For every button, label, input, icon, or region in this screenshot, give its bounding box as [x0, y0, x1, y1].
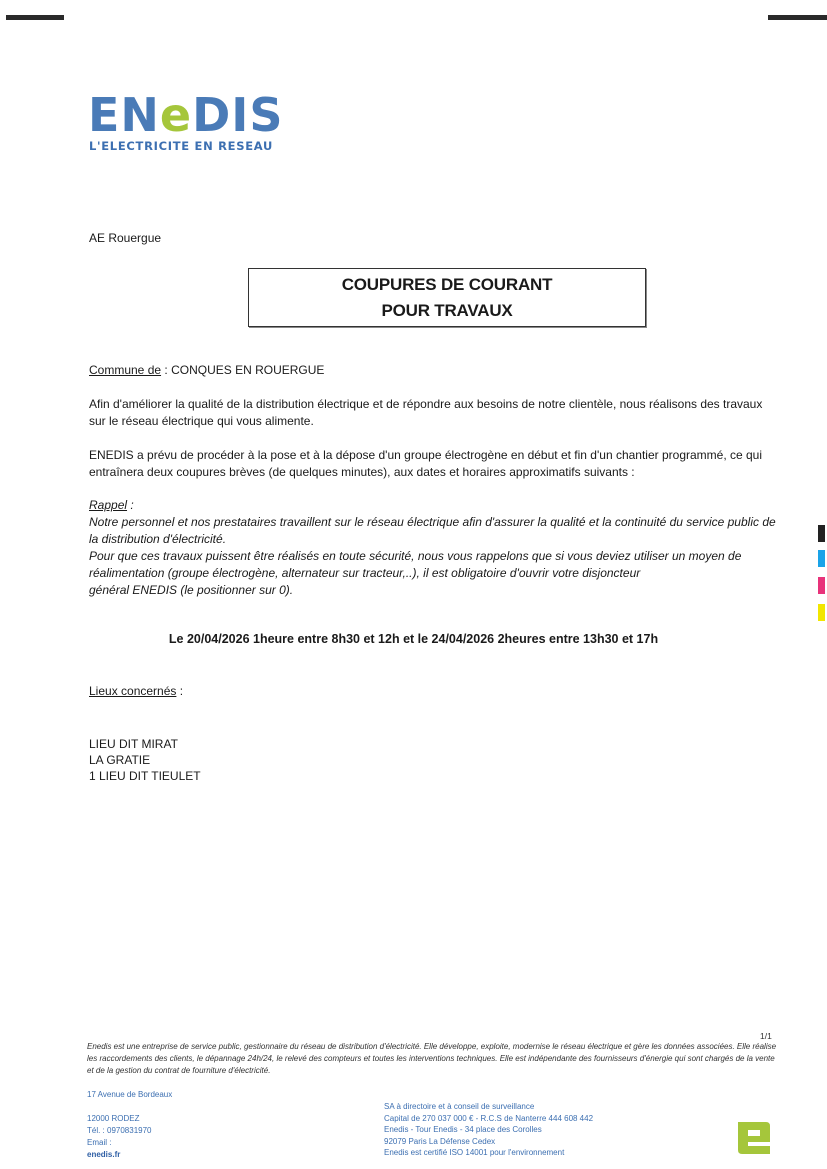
locations-list: LIEU DIT MIRAT LA GRATIE 1 LIEU DIT TIEU…: [89, 736, 201, 784]
enedis-logo: ENeDIS: [88, 92, 284, 138]
registration-mark-magenta: [818, 577, 825, 594]
title-line-2: POUR TRAVAUX: [249, 298, 645, 324]
logo-text-e: e: [160, 88, 192, 142]
reminder-label: Rappel: [89, 498, 127, 512]
legal-line: SA à directoire et à conseil de surveill…: [384, 1101, 593, 1113]
logo-text-dis: DIS: [192, 88, 283, 142]
registration-mark-yellow: [818, 604, 825, 621]
company-description: Enedis est une entreprise de service pub…: [87, 1041, 777, 1077]
page-number: 1/1: [760, 1031, 772, 1041]
legal-line: Enedis est certifié ISO 14001 pour l'env…: [384, 1147, 593, 1159]
intro-paragraph: Afin d'améliorer la qualité de la distri…: [89, 396, 779, 430]
address-street: 17 Avenue de Bordeaux: [87, 1089, 172, 1101]
legal-line: Enedis - Tour Enedis - 34 place des Coro…: [384, 1124, 593, 1136]
logo-text-en: EN: [88, 88, 160, 142]
legal-line: Capital de 270 037 000 € - R.C.S de Nant…: [384, 1113, 593, 1125]
registration-mark-black: [818, 525, 825, 542]
agency-address: 17 Avenue de Bordeaux 12000 RODEZ Tél. :…: [87, 1089, 172, 1161]
notice-title-box: COUPURES DE COURANT POUR TRAVAUX: [248, 268, 646, 327]
address-city: 12000 RODEZ: [87, 1113, 172, 1125]
reminder-block: Rappel : Notre personnel et nos prestata…: [89, 497, 779, 599]
reminder-line-1: Notre personnel et nos prestataires trav…: [89, 514, 779, 548]
commune-line: Commune de : CONQUES EN ROUERGUE: [89, 362, 779, 379]
scan-edge-mark-right: [768, 15, 827, 20]
reminder-heading: Rappel :: [89, 497, 779, 514]
location-item: 1 LIEU DIT TIEULET: [89, 768, 201, 784]
locations-heading: Lieux concernés :: [89, 683, 779, 700]
enedis-e-logo-icon: [734, 1118, 774, 1158]
legal-line: 92079 Paris La Défense Cedex: [384, 1136, 593, 1148]
logo-tagline: L'ELECTRICITE EN RESEAU: [89, 139, 273, 153]
locations-label: Lieux concernés: [89, 684, 176, 698]
commune-value: CONQUES EN ROUERGUE: [171, 363, 324, 377]
scan-edge-mark-left: [6, 15, 64, 20]
reminder-suffix: :: [127, 498, 134, 512]
agency-name: AE Rouergue: [89, 230, 161, 247]
title-line-1: COUPURES DE COURANT: [249, 272, 645, 298]
reminder-line-2: Pour que ces travaux puissent être réali…: [89, 548, 779, 582]
location-item: LA GRATIE: [89, 752, 201, 768]
commune-separator: :: [161, 363, 171, 377]
address-spacer: [87, 1101, 172, 1113]
website-link[interactable]: enedis.fr: [87, 1150, 120, 1159]
address-phone: Tél. : 0970831970: [87, 1125, 172, 1137]
registration-mark-cyan: [818, 550, 825, 567]
commune-label: Commune de: [89, 363, 161, 377]
locations-suffix: :: [176, 684, 183, 698]
reminder-line-3: général ENEDIS (le positionner sur 0).: [89, 582, 779, 599]
address-email: Email :: [87, 1137, 172, 1149]
notice-paragraph: ENEDIS a prévu de procéder à la pose et …: [89, 447, 779, 481]
outage-schedule: Le 20/04/2026 1heure entre 8h30 et 12h e…: [0, 632, 827, 646]
location-item: LIEU DIT MIRAT: [89, 736, 201, 752]
legal-info: SA à directoire et à conseil de surveill…: [384, 1101, 593, 1159]
